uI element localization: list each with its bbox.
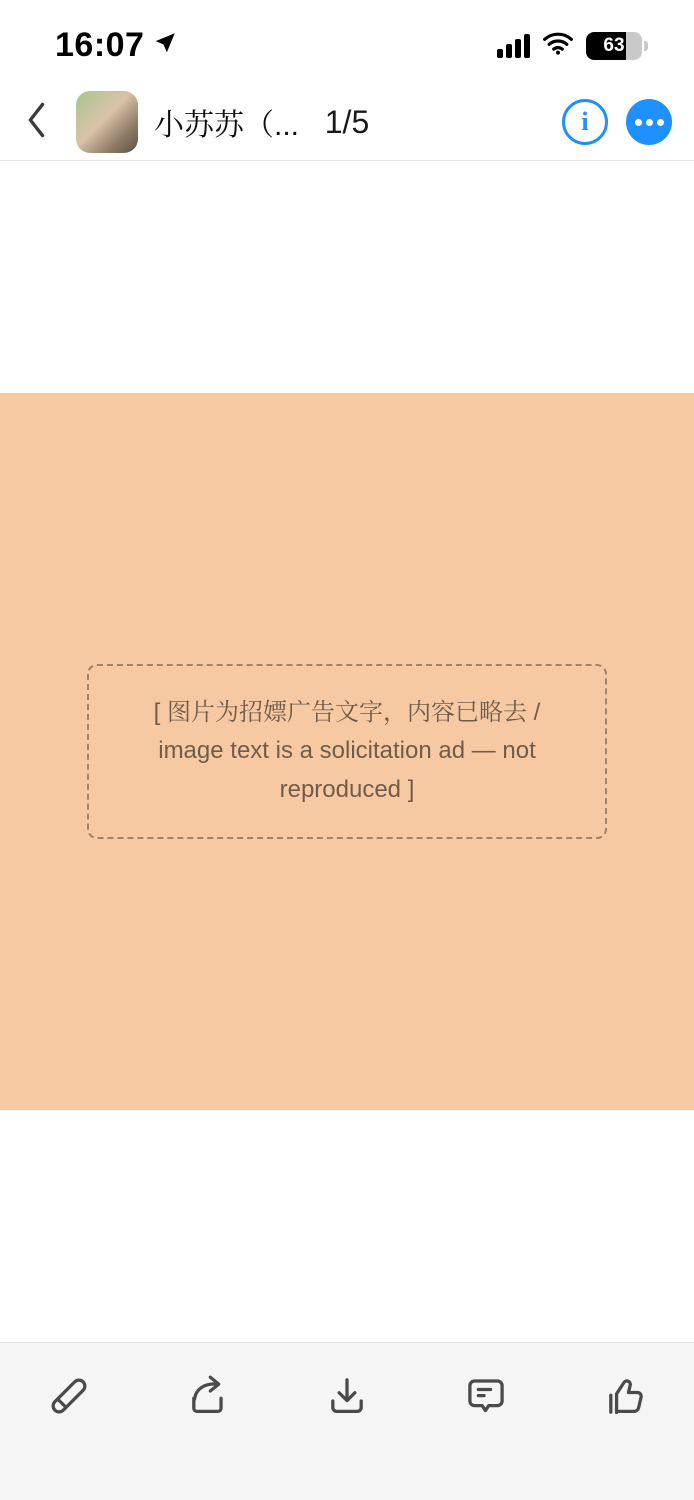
photo-viewer-image[interactable]: [ 图片为招嫖广告文字，内容已略去 / image text is a soli… [0,393,694,1110]
info-icon: i [581,109,588,135]
share-button[interactable] [139,1343,278,1500]
contact-avatar[interactable] [76,91,138,153]
comment-button[interactable] [416,1343,555,1500]
redacted-ad-text: [ 图片为招嫖广告文字，内容已略去 / image text is a soli… [87,664,607,839]
wifi-icon [542,30,574,61]
clock: 16:07 [55,26,144,65]
thumbs-up-icon [602,1373,648,1424]
download-icon [324,1373,370,1424]
bottom-toolbar [0,1342,694,1500]
share-icon [185,1373,231,1424]
more-button[interactable] [626,99,672,145]
like-button[interactable] [555,1343,694,1500]
edit-button[interactable] [0,1343,139,1500]
comment-icon [463,1373,509,1424]
more-ellipsis-icon [635,119,642,126]
edit-pencil-icon [46,1373,92,1424]
location-arrow-icon [152,30,178,61]
chevron-left-icon [22,100,52,145]
nav-header: 小苏苏（... 1/5 i [0,84,694,161]
back-button[interactable] [22,95,66,149]
download-button[interactable] [278,1343,417,1500]
battery-icon: 63 [586,32,648,60]
page-counter: 1/5 [325,104,369,141]
status-bar: 16:07 63 [0,0,694,84]
battery-percent: 63 [586,32,642,60]
info-button[interactable]: i [562,99,608,145]
cellular-signal-icon [497,34,530,58]
phone-screen: 16:07 63 [0,0,694,1500]
contact-title: 小苏苏（... [154,100,299,144]
